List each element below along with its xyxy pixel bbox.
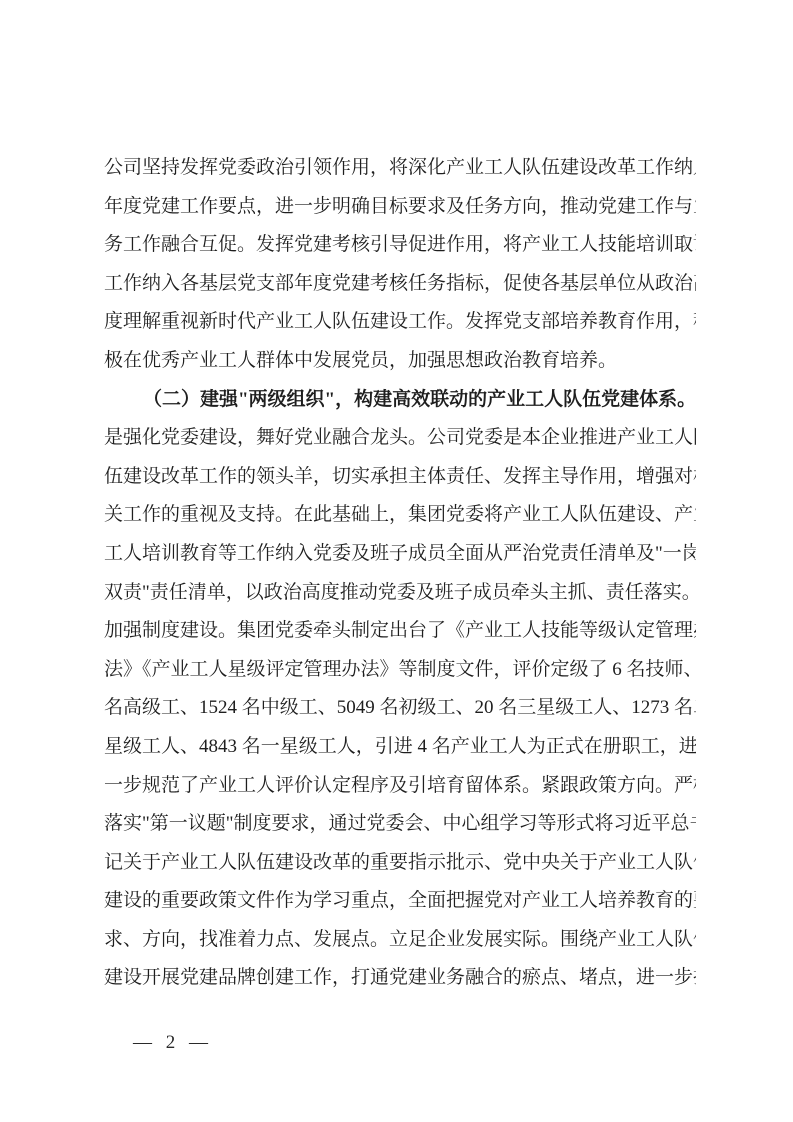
page-footer: — 2 — bbox=[133, 1029, 208, 1057]
document-body: 公司坚持发挥党委政治引领作用，将深化产业工人队伍建设改革工作纳入年度党建工作要点… bbox=[104, 149, 696, 998]
text-line: 关工作的重视及支持。在此基础上，集团党委将产业工人队伍建设、产业 bbox=[104, 496, 696, 535]
body-text: 伍建设改革工作的领头羊，切实承担主体责任、发挥主导作用，增强对相 bbox=[104, 466, 696, 487]
text-line: 双责"责任清单，以政治高度推动党委及班子成员牵头主抓、责任落实。 bbox=[104, 574, 696, 613]
text-line: 年度党建工作要点，进一步明确目标要求及任务方向，推动党建工作与业 bbox=[104, 188, 696, 227]
text-line: 法》《产业工人星级评定管理办法》等制度文件，评价定级了 6 名技师、7 bbox=[104, 651, 696, 690]
body-text: 建设的重要政策文件作为学习重点，全面把握党对产业工人培养教育的要 bbox=[104, 890, 696, 911]
text-line: 度理解重视新时代产业工人队伍建设工作。发挥党支部培养教育作用，积 bbox=[104, 303, 696, 342]
body-text: 工人培训教育等工作纳入党委及班子成员全面从严治党责任清单及"一岗 bbox=[104, 543, 696, 564]
text-line: 极在优秀产业工人群体中发展党员，加强思想政治教育培养。 bbox=[104, 342, 696, 381]
section-heading-text: （二）建强"两级组织"，构建高效联动的产业工人队伍党建体系。 bbox=[143, 389, 696, 410]
body-text: 工作纳入各基层党支部年度党建考核任务指标，促使各基层单位从政治高 bbox=[104, 273, 696, 294]
text-line: 建设的重要政策文件作为学习重点，全面把握党对产业工人培养教育的要 bbox=[104, 882, 696, 921]
document-page: 公司坚持发挥党委政治引领作用，将深化产业工人队伍建设改革工作纳入年度党建工作要点… bbox=[0, 0, 793, 1122]
text-line: 是强化党委建设，舞好党业融合龙头。公司党委是本企业推进产业工人队 bbox=[104, 419, 696, 458]
body-text: 年度党建工作要点，进一步明确目标要求及任务方向，推动党建工作与业 bbox=[104, 196, 696, 217]
text-line: 加强制度建设。集团党委牵头制定出台了《产业工人技能等级认定管理办 bbox=[104, 612, 696, 651]
body-text: 记关于产业工人队伍建设改革的重要指示批示、党中央关于产业工人队伍 bbox=[104, 852, 696, 873]
text-line: 记关于产业工人队伍建设改革的重要指示批示、党中央关于产业工人队伍 bbox=[104, 844, 696, 883]
body-text: 是强化党委建设，舞好党业融合龙头。公司党委是本企业推进产业工人队 bbox=[104, 427, 696, 448]
body-text: 公司坚持发挥党委政治引领作用，将深化产业工人队伍建设改革工作纳入 bbox=[104, 157, 696, 178]
text-line: 求、方向，找准着力点、发展点。立足企业发展实际。围绕产业工人队伍 bbox=[104, 921, 696, 960]
body-text: 一步规范了产业工人评价认定程序及引培育留体系。紧跟政策方向。严格 bbox=[104, 775, 696, 796]
body-text: 极在优秀产业工人群体中发展党员，加强思想政治教育培养。 bbox=[104, 350, 617, 371]
text-line: 务工作融合互促。发挥党建考核引导促进作用，将产业工人技能培训取证 bbox=[104, 226, 696, 265]
body-text: 建设开展党建品牌创建工作，打通党建业务融合的瘀点、堵点，进一步提 bbox=[104, 967, 696, 988]
body-text: 加强制度建设。集团党委牵头制定出台了《产业工人技能等级认定管理办 bbox=[104, 620, 696, 641]
text-line: 伍建设改革工作的领头羊，切实承担主体责任、发挥主导作用，增强对相 bbox=[104, 458, 696, 497]
page-number: — 2 — bbox=[133, 1032, 208, 1053]
body-text: 双责"责任清单，以政治高度推动党委及班子成员牵头主抓、责任落实。 bbox=[104, 582, 696, 603]
body-text: 关工作的重视及支持。在此基础上，集团党委将产业工人队伍建设、产业 bbox=[104, 504, 696, 525]
text-line: （二）建强"两级组织"，构建高效联动的产业工人队伍党建体系。一 bbox=[104, 381, 696, 420]
body-text: 星级工人、4843 名一星级工人，引进 4 名产业工人为正式在册职工，进 bbox=[104, 736, 696, 757]
body-text: 法》《产业工人星级评定管理办法》等制度文件，评价定级了 6 名技师、7 bbox=[104, 659, 696, 680]
body-text: 名高级工、1524 名中级工、5049 名初级工、20 名三星级工人、1273 … bbox=[104, 697, 696, 718]
text-line: 名高级工、1524 名中级工、5049 名初级工、20 名三星级工人、1273 … bbox=[104, 689, 696, 728]
text-line: 公司坚持发挥党委政治引领作用，将深化产业工人队伍建设改革工作纳入 bbox=[104, 149, 696, 188]
text-line: 建设开展党建品牌创建工作，打通党建业务融合的瘀点、堵点，进一步提 bbox=[104, 959, 696, 998]
text-line: 工作纳入各基层党支部年度党建考核任务指标，促使各基层单位从政治高 bbox=[104, 265, 696, 304]
text-line: 星级工人、4843 名一星级工人，引进 4 名产业工人为正式在册职工，进 bbox=[104, 728, 696, 767]
text-line: 一步规范了产业工人评价认定程序及引培育留体系。紧跟政策方向。严格 bbox=[104, 767, 696, 806]
body-text: 落实"第一议题"制度要求，通过党委会、中心组学习等形式将习近平总书 bbox=[104, 813, 696, 834]
body-text: 度理解重视新时代产业工人队伍建设工作。发挥党支部培养教育作用，积 bbox=[104, 311, 696, 332]
text-line: 落实"第一议题"制度要求，通过党委会、中心组学习等形式将习近平总书 bbox=[104, 805, 696, 844]
body-text: 务工作融合互促。发挥党建考核引导促进作用，将产业工人技能培训取证 bbox=[104, 234, 696, 255]
text-line: 工人培训教育等工作纳入党委及班子成员全面从严治党责任清单及"一岗 bbox=[104, 535, 696, 574]
body-text: 求、方向，找准着力点、发展点。立足企业发展实际。围绕产业工人队伍 bbox=[104, 929, 696, 950]
